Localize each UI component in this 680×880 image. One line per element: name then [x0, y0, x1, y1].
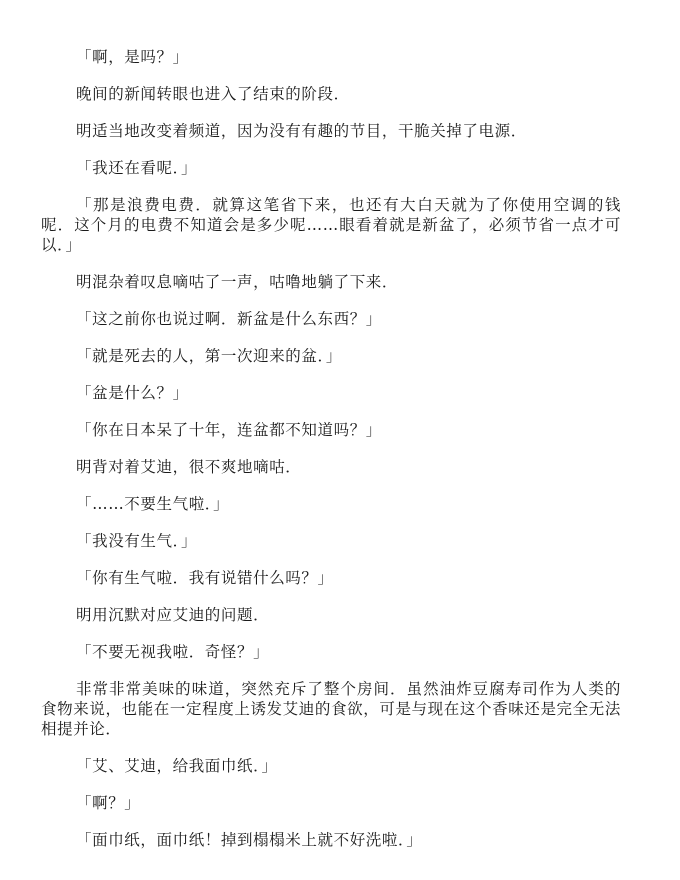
paragraph: 明背对着艾迪，很不爽地嘀咕．	[41, 457, 621, 477]
paragraph: 「你有生气啦．我有说错什么吗？」	[41, 568, 621, 588]
paragraph: 「面巾纸，面巾纸！掉到榻榻米上就不好洗啦．」	[41, 830, 621, 850]
paragraph: 「我还在看呢．」	[41, 158, 621, 178]
paragraph: 「盆是什么？」	[41, 383, 621, 403]
paragraph: 明用沉默对应艾迪的问题．	[41, 605, 621, 625]
paragraph: 「我没有生气．」	[41, 531, 621, 551]
document-page: 「啊，是吗？」 晚间的新闻转眼也进入了结束的阶段． 明适当地改变着频道，因为没有…	[41, 47, 621, 867]
paragraph: 「这之前你也说过啊．新盆是什么东西？」	[41, 309, 621, 329]
paragraph: 「啊？」	[41, 793, 621, 813]
paragraph: 非常非常美味的味道，突然充斥了整个房间．虽然油炸豆腐寿司作为人类的食物来说，也能…	[41, 679, 621, 739]
paragraph: 「不要无视我啦．奇怪？」	[41, 642, 621, 662]
paragraph: 明适当地改变着频道，因为没有有趣的节目，干脆关掉了电源．	[41, 121, 621, 141]
paragraph: 晚间的新闻转眼也进入了结束的阶段．	[41, 84, 621, 104]
paragraph: 「啊，是吗？」	[41, 47, 621, 67]
paragraph: 「你在日本呆了十年，连盆都不知道吗？」	[41, 420, 621, 440]
paragraph: 「就是死去的人，第一次迎来的盆．」	[41, 346, 621, 366]
paragraph: 「……不要生气啦．」	[41, 494, 621, 514]
paragraph: 明混杂着叹息嘀咕了一声，咕噜地躺了下来．	[41, 272, 621, 292]
paragraph: 「艾、艾迪，给我面巾纸．」	[41, 756, 621, 776]
paragraph: 「那是浪费电费．就算这笔省下来，也还有大白天就为了你使用空调的钱呢．这个月的电费…	[41, 195, 621, 255]
